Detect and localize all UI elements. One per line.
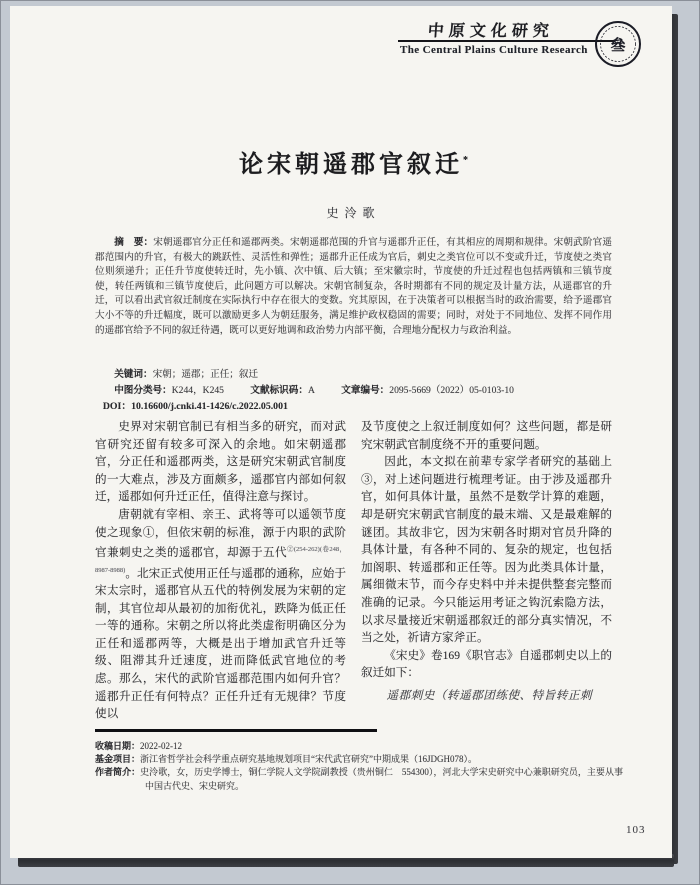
left-paragraph-1: 史界对宋朝官制已有相当多的研究，而对武官研究还留有较多可深入的余地。如宋朝遥郡官… <box>95 418 346 506</box>
title-footnote-mark: * <box>463 155 468 166</box>
author-name: 史泠歌 <box>95 204 612 221</box>
paper-page: 中原文化研究 The Central Plains Culture Resear… <box>10 6 672 858</box>
author-bio-label: 作者简介： <box>95 767 140 777</box>
received-date-value: 2022-02-12 <box>140 741 182 751</box>
abstract-label: 摘 要： <box>114 237 153 248</box>
keywords-line: 关键词：宋朝；遥郡；正任；叙迁 <box>95 366 612 380</box>
doc-code-label: 文献标识码： <box>250 385 308 396</box>
right-column: 及节度使之上叙迁制度如何？这些问题，都是研究宋朝武官制度绕不开的重要问题。 因此… <box>361 418 612 723</box>
article-id-group: 文章编号：2095-5669（2022）05-0103-10 <box>341 385 514 396</box>
seal-character: 叄 <box>610 36 625 54</box>
doc-code-group: 文献标识码：A <box>250 385 315 396</box>
article-id-label: 文章编号： <box>341 385 389 396</box>
page-number: 103 <box>626 824 646 836</box>
fund-project-label: 基金项目： <box>95 754 140 764</box>
right-paragraph-2: 因此，本文拟在前辈专家学者研究的基础上③，对上述问题进行梳理考证。由于涉及遥郡升… <box>361 453 612 647</box>
author-bio-row: 作者简介：史泠歌，女，历史学博士，铜仁学院人文学院副教授（贵州铜仁 554300… <box>95 766 623 792</box>
meta-line: 中图分类号：K244，K245 文献标识码：A 文章编号：2095-5669（2… <box>95 382 612 396</box>
clc-value: K244，K245 <box>172 385 224 396</box>
left-paragraph-2-text-b: 。北宋正式使用正任与遥郡的通称，应始于宋太宗时，遥郡官从五代的特例发展为宋朝的定… <box>95 566 346 720</box>
body-columns: 史界对宋朝官制已有相当多的研究，而对武官研究还留有较多可深入的余地。如宋朝遥郡官… <box>95 418 612 723</box>
journal-name-en: The Central Plains Culture Research <box>400 44 616 56</box>
article-title-text: 论宋朝遥郡官叙迁 <box>239 152 463 178</box>
right-paragraph-3: 《宋史》卷169《职官志》自遥郡刺史以上的叙迁如下： <box>361 647 612 682</box>
left-column: 史界对宋朝官制已有相当多的研究，而对武官研究还留有较多可深入的余地。如宋朝遥郡官… <box>95 418 346 723</box>
footnotes-block: 收稿日期：2022-02-12 基金项目：浙江省哲学社会科学重点研究基地规划项目… <box>95 740 623 793</box>
received-date-row: 收稿日期：2022-02-12 <box>95 740 623 753</box>
block-quote: 遥郡刺史（转遥郡团练使、特旨转正刺 <box>387 687 612 705</box>
scanned-page-background: 中原文化研究 The Central Plains Culture Resear… <box>0 0 700 885</box>
abstract-paragraph: 摘 要：宋朝遥郡官分正任和遥郡两类。宋朝遥郡范围的升官与遥郡升正任，有其相应的周… <box>95 236 612 338</box>
footnote-divider <box>95 729 377 732</box>
journal-name-cn: 中原文化研究 <box>427 18 555 41</box>
fund-project-row: 基金项目：浙江省哲学社会科学重点研究基地规划项目“宋代武官研究”中期成果（16J… <box>95 753 623 766</box>
keywords-text: 宋朝；遥郡；正任；叙迁 <box>153 369 259 380</box>
left-paragraph-2: 唐朝就有宰相、亲王、武将等可以遥领节度使之现象①，但依宋朝的标准，源于内职的武阶… <box>95 506 346 723</box>
fund-project-value: 浙江省哲学社会科学重点研究基地规划项目“宋代武官研究”中期成果（16JDGH07… <box>140 754 477 764</box>
header-rule <box>398 40 614 42</box>
clc-label: 中图分类号： <box>114 385 172 396</box>
abstract-text: 宋朝遥郡官分正任和遥郡两类。宋朝遥郡范围的升官与遥郡升正任，有其相应的周期和规律… <box>95 237 612 336</box>
article-id-value: 2095-5669（2022）05-0103-10 <box>389 385 514 396</box>
clc-group: 中图分类号：K244，K245 <box>114 385 224 396</box>
article-title: 论宋朝遥郡官叙迁* <box>95 144 612 179</box>
received-date-label: 收稿日期： <box>95 741 140 751</box>
keywords-label: 关键词： <box>114 369 152 380</box>
right-paragraph-1: 及节度使之上叙迁制度如何？这些问题，都是研究宋朝武官制度绕不开的重要问题。 <box>361 418 612 453</box>
doi-line: DOI：10.16600/j.cnki.41-1426/c.2022.05.00… <box>95 398 612 412</box>
journal-seal-icon: 叄 <box>594 20 642 68</box>
doc-code-value: A <box>308 385 315 396</box>
abstract-block: 摘 要：宋朝遥郡官分正任和遥郡两类。宋朝遥郡范围的升官与遥郡升正任，有其相应的周… <box>95 236 612 338</box>
author-bio-value: 史泠歌，女，历史学博士，铜仁学院人文学院副教授（贵州铜仁 554300），河北大… <box>140 767 623 790</box>
